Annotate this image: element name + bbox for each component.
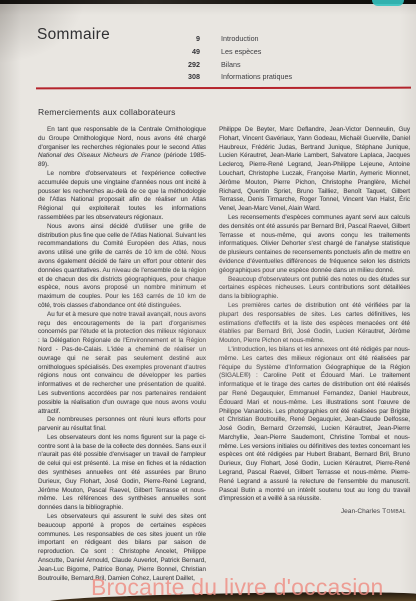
paragraph: Au fur et à mesure que notre travail ava… xyxy=(38,311,206,417)
page-title: Sommaire xyxy=(37,26,110,44)
paragraph: En tant que responsable de la Centrale O… xyxy=(38,126,206,170)
paragraph: De nombreuses personnes ont réuni leurs … xyxy=(38,416,206,434)
right-column: Philippe De Beyter, Marc Deflandre, Jean… xyxy=(219,126,410,583)
book-page-photo: Sommaire 9 Introduction 49 Les espèces 2… xyxy=(0,0,416,601)
signature: Jean-CharlesTombal xyxy=(219,508,410,515)
toc-page-number: 308 xyxy=(130,71,200,84)
toc-page-number: 292 xyxy=(130,59,200,72)
background-teal-object xyxy=(372,0,404,6)
paragraph: Les observateurs dont les noms figurent … xyxy=(38,434,206,513)
red-divider-rule xyxy=(36,87,411,89)
paragraph: Les recensements d'espèces communes ayan… xyxy=(219,214,410,276)
left-column: En tant que responsable de la Centrale O… xyxy=(38,126,206,583)
section-heading: Remerciements aux collaborateurs xyxy=(38,107,176,117)
paragraph: Le nombre d'observateurs et l'expérience… xyxy=(38,170,206,223)
paragraph: L'introduction, les bilans et les annexe… xyxy=(219,346,410,504)
paragraph: Les premières cartes de distribution ont… xyxy=(219,302,410,346)
table-of-contents: 9 Introduction 49 Les espèces 292 Bilans… xyxy=(130,33,292,84)
toc-label: Informations pratiques xyxy=(221,71,292,84)
toc-page-number: 9 xyxy=(130,33,200,46)
paragraph: Nous avons ainsi décidé d'utiliser une g… xyxy=(38,223,206,311)
toc-label: Introduction xyxy=(221,33,259,46)
paragraph: Les observateurs qui assurent le suivi d… xyxy=(38,513,206,583)
toc-page-number: 49 xyxy=(130,46,200,59)
toc-entry: 49 Les espèces xyxy=(130,46,292,59)
toc-entry: 292 Bilans xyxy=(130,59,292,72)
toc-entry: 9 Introduction xyxy=(130,33,292,46)
toc-entry: 308 Informations pratiques xyxy=(130,71,292,84)
toc-label: Les espèces xyxy=(221,46,261,59)
photo-top-edge xyxy=(0,0,416,4)
paragraph: Philippe De Beyter, Marc Deflandre, Jean… xyxy=(219,126,410,214)
toc-label: Bilans xyxy=(221,59,241,72)
paragraph: Beaucoup d'observateurs ont publié des n… xyxy=(219,276,410,302)
seller-watermark: Brocante du livre d'occasion xyxy=(91,574,384,601)
acknowledgements-text: En tant que responsable de la Centrale O… xyxy=(38,126,410,583)
